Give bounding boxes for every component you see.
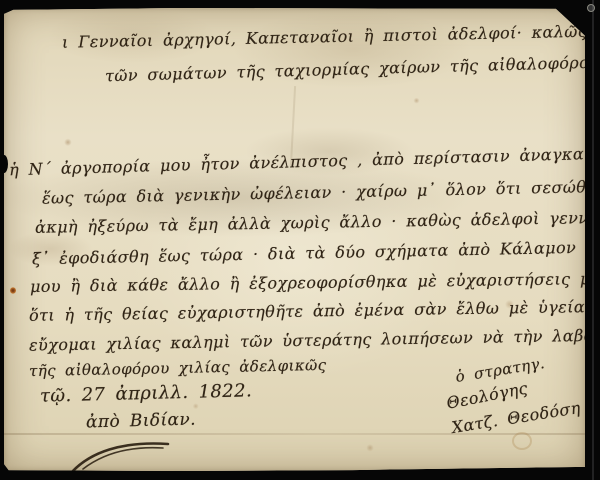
signature-role: ὁ στρατηγ. <box>454 353 546 387</box>
rust-spot <box>10 287 16 294</box>
body-line-7: εὔχομαι χιλίας καλημὶ τῶν ὑστεράτης λοιπ… <box>29 324 600 355</box>
ring-stain <box>512 432 532 450</box>
date-line: τῷ. 27 ἀπριλλ. 1822. <box>40 381 253 407</box>
body-line-4: ξ᾽ ἐφοδιάσθη ἕως τώρα · διὰ τὰ δύο σχήμα… <box>32 235 600 270</box>
letter-page: ι Γενναῖοι ἀρχηγοί, Καπεταναῖοι ἢ πιστοὶ… <box>4 8 585 471</box>
greeting-line-2: τῶν σωμάτων τῆς ταχιορμίας χαίρων τῆς αἰ… <box>105 50 600 87</box>
scan-corner-hole <box>587 4 595 12</box>
flourish-swash <box>64 432 174 478</box>
body-line-6: ὅτι ἡ τῆς θείας εὐχαριστηθῆτε ἀπὸ ἐμένα … <box>29 296 600 326</box>
scanned-document: ι Γενναῖοι ἀρχηγοί, Καπεταναῖοι ἢ πιστοὶ… <box>0 0 600 480</box>
body-line-1: ἡ Ν´ ἀργοπορία μου ἦτον ἀνέλπιστος , ἀπὸ… <box>9 140 600 181</box>
paper-edge-notch <box>0 155 8 173</box>
body-line-3: ἀκμὴ ἠξεύρω τὰ ἔμη ἀλλὰ χωρὶς ἄλλο · καθ… <box>35 206 600 238</box>
body-line-8: τῆς αἰθαλοφόρου χιλίας ἀδελφικῶς <box>29 355 327 381</box>
greeting-line-1: ι Γενναῖοι ἀρχηγοί, Καπεταναῖοι ἢ πιστοὶ… <box>62 19 600 52</box>
body-line-5: μου ἢ διὰ κάθε ἄλλο ἢ ἐξοχρεοφορίσθηκα μ… <box>30 267 600 297</box>
body-line-2: ἕως τώρα διὰ γενικὴν ὠφέλειαν · χαίρω μ᾽… <box>42 175 600 208</box>
place-line: ἀπὸ Βιδίαν. <box>86 410 196 433</box>
